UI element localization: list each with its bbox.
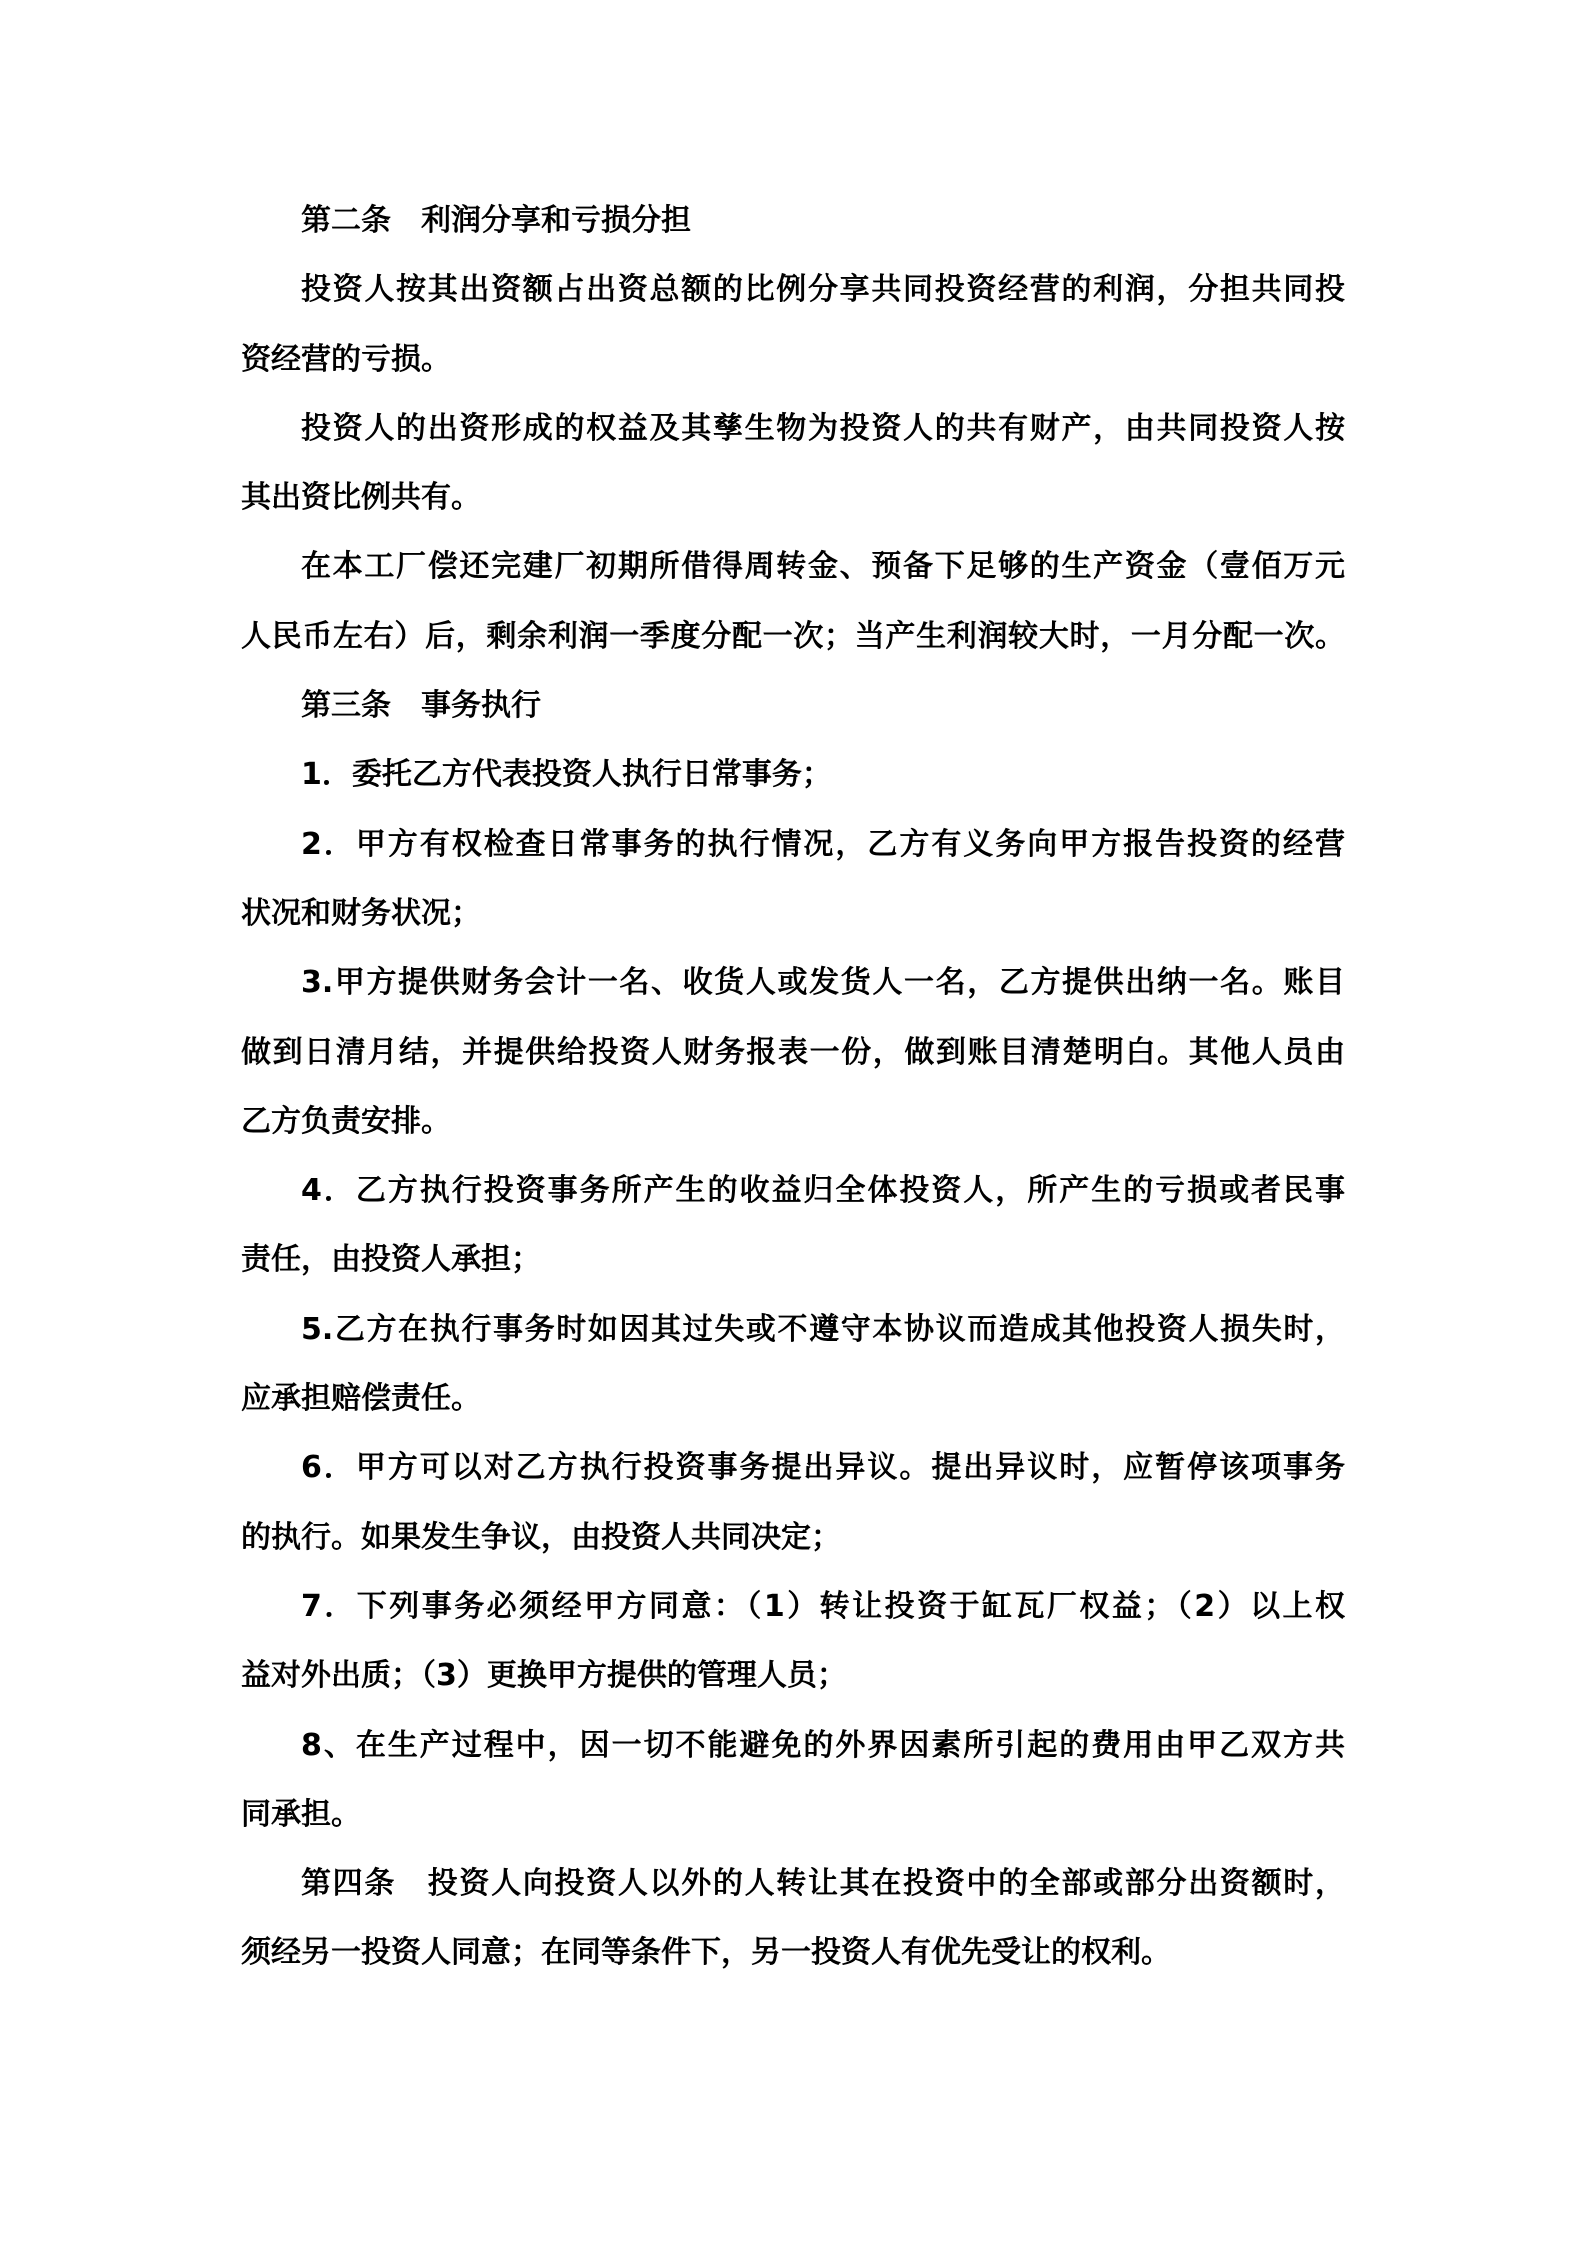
body-line: 投资人的出资形成的权益及其孳生物为投资人的共有财产，由共同投资人按	[241, 394, 1345, 463]
list-item-line: 同承担。	[241, 1780, 1345, 1849]
list-item-line: 6．甲方可以对乙方执行投资事务提出异议。提出异议时，应暂停该项事务	[241, 1433, 1345, 1502]
list-item-line: 1．委托乙方代表投资人执行日常事务；	[241, 740, 1345, 809]
body-line: 须经另一投资人同意；在同等条件下，另一投资人有优先受让的权利。	[241, 1918, 1345, 1987]
list-item-line: 的执行。如果发生争议，由投资人共同决定；	[241, 1503, 1345, 1572]
body-line: 在本工厂偿还完建厂初期所借得周转金、预备下足够的生产资金（壹佰万元	[241, 532, 1345, 601]
list-item-line: 7．下列事务必须经甲方同意：（1）转让投资于缸瓦厂权益；（2）以上权	[241, 1572, 1345, 1641]
body-line: 投资人按其出资额占出资总额的比例分享共同投资经营的利润，分担共同投	[241, 255, 1345, 324]
body-line: 资经营的亏损。	[241, 325, 1345, 394]
document-page: 第二条 利润分享和亏损分担 投资人按其出资额占出资总额的比例分享共同投资经营的利…	[0, 0, 1586, 2244]
list-item-line: 状况和财务状况；	[241, 879, 1345, 948]
list-item-line: 2．甲方有权检查日常事务的执行情况，乙方有义务向甲方报告投资的经营	[241, 810, 1345, 879]
list-item-line: 8、在生产过程中，因一切不能避免的外界因素所引起的费用由甲乙双方共	[241, 1711, 1345, 1780]
list-item-line: 5.乙方在执行事务时如因其过失或不遵守本协议而造成其他投资人损失时，	[241, 1295, 1345, 1364]
body-line: 人民币左右）后，剩余利润一季度分配一次；当产生利润较大时，一月分配一次。	[241, 602, 1345, 671]
body-line: 第四条 投资人向投资人以外的人转让其在投资中的全部或部分出资额时，	[241, 1849, 1345, 1918]
list-item-line: 应承担赔偿责任。	[241, 1364, 1345, 1433]
list-item-line: 做到日清月结，并提供给投资人财务报表一份，做到账目清楚明白。其他人员由	[241, 1018, 1345, 1087]
list-item-line: 4．乙方执行投资事务所产生的收益归全体投资人，所产生的亏损或者民事	[241, 1156, 1345, 1225]
list-item-line: 责任，由投资人承担；	[241, 1225, 1345, 1294]
document-text-column: 第二条 利润分享和亏损分担 投资人按其出资额占出资总额的比例分享共同投资经营的利…	[241, 186, 1345, 1988]
section-heading-line: 第二条 利润分享和亏损分担	[241, 186, 1345, 255]
list-item-line: 乙方负责安排。	[241, 1087, 1345, 1156]
section-heading-line: 第三条 事务执行	[241, 671, 1345, 740]
body-line: 其出资比例共有。	[241, 463, 1345, 532]
list-item-line: 益对外出质；（3）更换甲方提供的管理人员；	[241, 1641, 1345, 1710]
list-item-line: 3.甲方提供财务会计一名、收货人或发货人一名，乙方提供出纳一名。账目	[241, 948, 1345, 1017]
